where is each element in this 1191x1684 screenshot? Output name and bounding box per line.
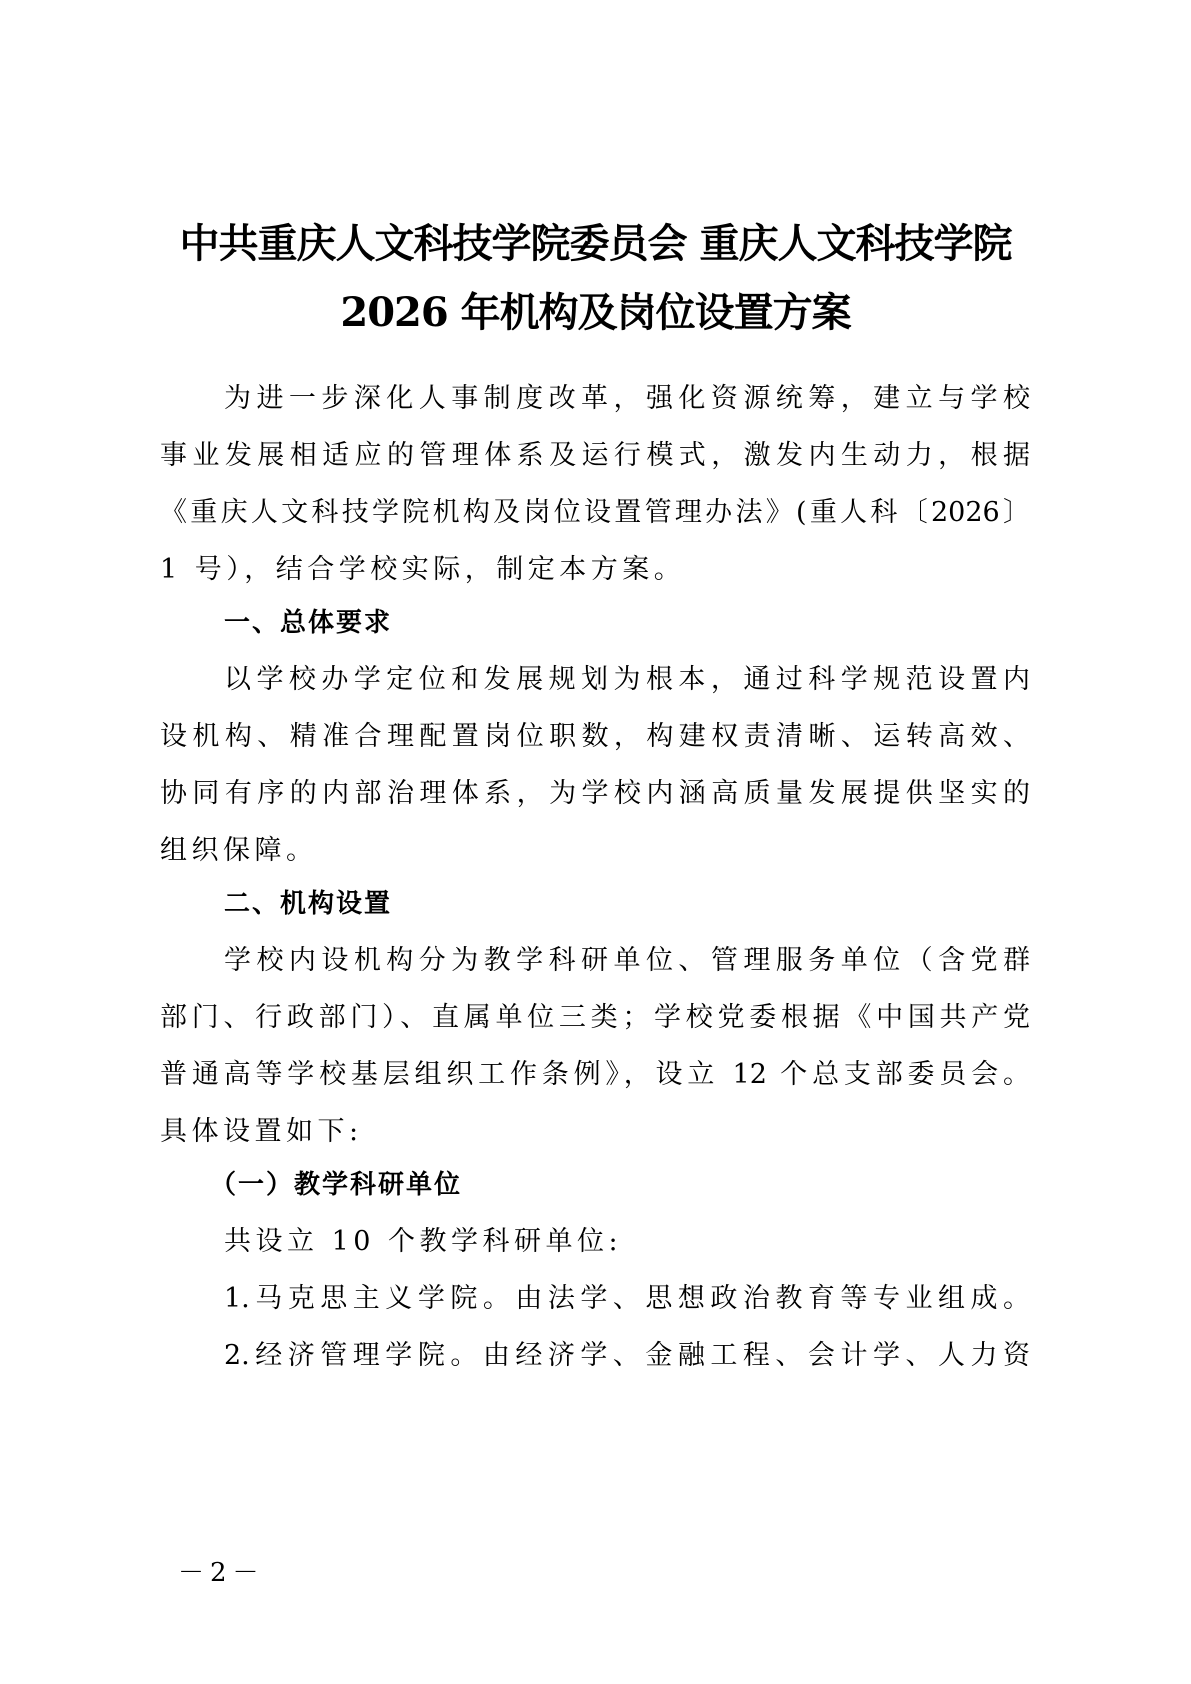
subsection1-line: 2.经济管理学院。由经济学、金融工程、会计学、人力资 (224, 1336, 1030, 1376)
intro-paragraph-line: 《重庆人文科技学院机构及岗位设置管理办法》(重人科〔2026〕 (160, 493, 1030, 533)
subsection1-line: 1.马克思主义学院。由法学、思想政治教育等专业组成。 (224, 1279, 1030, 1319)
section2-paragraph-line: 部门、行政部门）、直属单位三类；学校党委根据《中国共产党 (160, 998, 1030, 1038)
section1-paragraph-line: 组织保障。 (160, 831, 1030, 871)
section1-paragraph-line: 以学校办学定位和发展规划为根本，通过科学规范设置内 (224, 660, 1030, 700)
section1-paragraph-line: 协同有序的内部治理体系，为学校内涵高质量发展提供坚实的 (160, 774, 1030, 814)
section2-paragraph-line: 学校内设机构分为教学科研单位、管理服务单位（含党群 (224, 941, 1030, 981)
section-heading-general-requirements: 一、总体要求 (224, 603, 392, 643)
subsection-heading-teaching-research-units: （一）教学科研单位 (210, 1165, 462, 1205)
document-title-line-2: 2026 年机构及岗位设置方案 (0, 283, 1191, 343)
subsection1-line: 共设立 10 个教学科研单位: (224, 1222, 1030, 1262)
section1-paragraph-line: 设机构、精准合理配置岗位职数，构建权责清晰、运转高效、 (160, 717, 1030, 757)
document-page: 中共重庆人文科技学院委员会 重庆人文科技学院 2026 年机构及岗位设置方案 为… (0, 0, 1191, 1684)
section2-paragraph-line: 具体设置如下: (160, 1112, 1030, 1152)
intro-paragraph-line: 1 号），结合学校实际，制定本方案。 (160, 550, 1030, 590)
intro-paragraph-line: 为进一步深化人事制度改革，强化资源统筹，建立与学校 (224, 379, 1030, 419)
intro-paragraph-line: 事业发展相适应的管理体系及运行模式，激发内生动力，根据 (160, 436, 1030, 476)
section2-paragraph-line: 普通高等学校基层组织工作条例》，设立 12 个总支部委员会。 (160, 1055, 1030, 1095)
page-number: －2－ (178, 1552, 265, 1589)
document-title-line-1: 中共重庆人文科技学院委员会 重庆人文科技学院 (0, 214, 1191, 274)
section-heading-organization-setup: 二、机构设置 (224, 884, 392, 924)
